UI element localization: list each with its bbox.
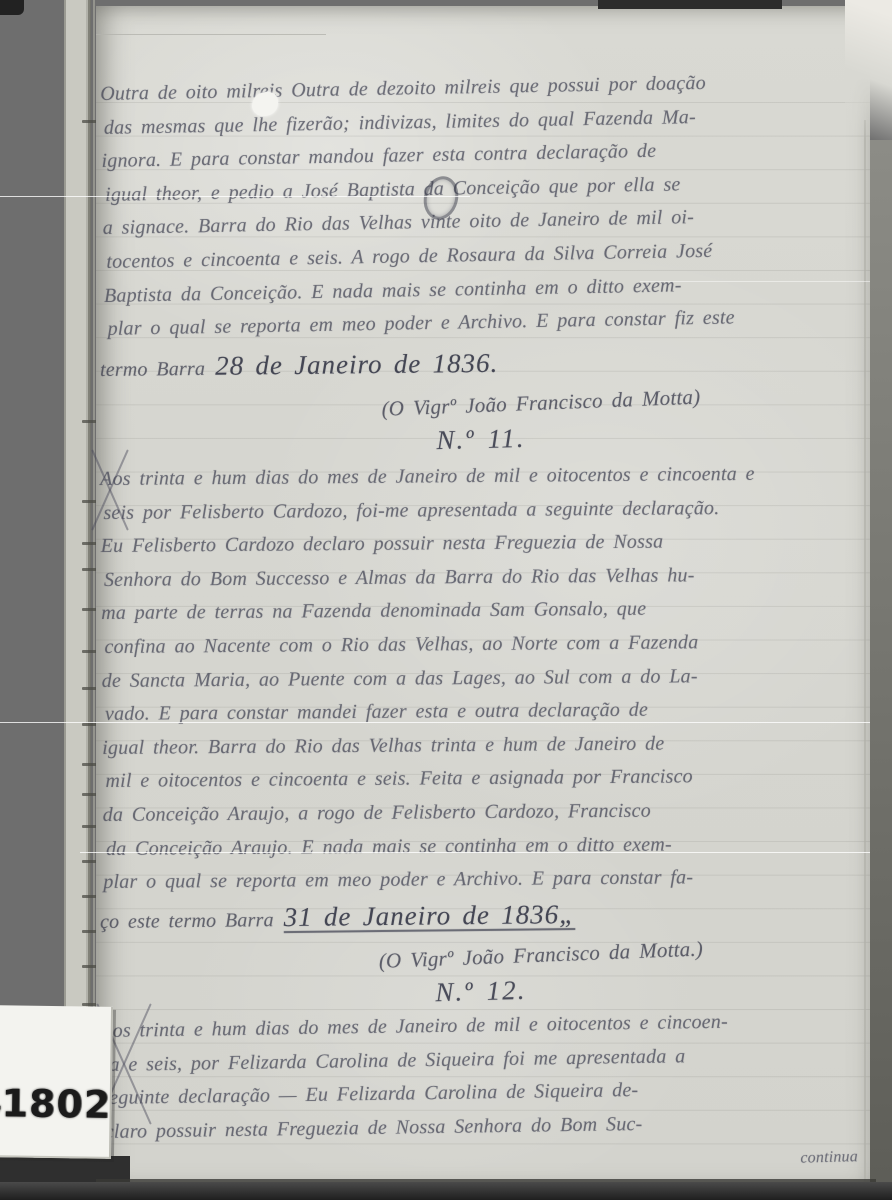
scanner-right-shadow <box>870 140 892 1182</box>
entry-11-body: Aos trinta e hum dias do mes de Janeiro … <box>100 457 865 900</box>
closing-prefix: termo Barra <box>100 358 205 381</box>
handwritten-line: seis por Felisberto Cardozo, foi-me apre… <box>103 490 862 530</box>
handwritten-line: da Conceição Araujo, a rogo de Felisbert… <box>103 793 865 833</box>
page-top-crease <box>96 34 326 35</box>
handwritten-line: igual theor. Barra do Rio das Velhas tri… <box>102 726 864 766</box>
scanner-corner-shadow <box>0 0 24 15</box>
stamp-number: 1802 <box>1 1081 111 1127</box>
scanner-bottom-shadow <box>0 1182 892 1200</box>
archive-number: „1802 <box>0 1081 112 1127</box>
scanned-page-root: Outra de oito milreis Outra de dezoito m… <box>0 0 892 1200</box>
scan-scratch-line <box>640 281 892 282</box>
page-corner-curl <box>845 0 892 140</box>
handwritten-line: da Conceição Araujo. E nada mais se cont… <box>106 826 865 866</box>
handwritten-line: de Sancta Maria, ao Puente com a das Lag… <box>102 658 864 698</box>
entry-12-body: Aos trinta e hum dias do mes de Janeiro … <box>100 1004 864 1150</box>
closing-prefix: ço este termo Barra <box>100 910 274 934</box>
handwritten-line: plar o qual se reporta em meo poder e Ar… <box>103 860 865 900</box>
archive-label: „1802 <box>0 1005 113 1159</box>
handwritten-line: Eu Felisberto Cardozo declaro possuir ne… <box>101 524 863 564</box>
scanner-top-shadow <box>598 0 782 9</box>
handwritten-line: confina ao Nacente com o Rio das Velhas,… <box>104 625 863 665</box>
date-28-janeiro: 28 de Janeiro de 1836. <box>215 348 499 381</box>
handwritten-line: ma parte de terras na Fazenda denominada… <box>101 591 863 631</box>
scan-scratch-line <box>0 722 892 723</box>
handwritten-line: mil e oitocentos e cincoenta e seis. Fei… <box>105 759 864 799</box>
entry-10-continuation: Outra de oito milreis Outra de dezoito m… <box>100 64 867 347</box>
date-31-janeiro: 31 de Janeiro de 1836„ <box>284 899 576 932</box>
handwritten-line: Senhora do Bom Successo e Almas da Barra… <box>104 558 863 598</box>
manuscript-text: Outra de oito milreis Outra de dezoito m… <box>100 78 862 1176</box>
scan-scratch-line <box>0 196 470 197</box>
handwritten-line: Aos trinta e hum dias do mes de Janeiro … <box>100 457 862 497</box>
paragraph-cross-mark <box>84 446 134 534</box>
handwritten-line: vado. E para constar mandei fazer esta e… <box>105 692 864 732</box>
scan-scratch-line <box>80 852 892 853</box>
